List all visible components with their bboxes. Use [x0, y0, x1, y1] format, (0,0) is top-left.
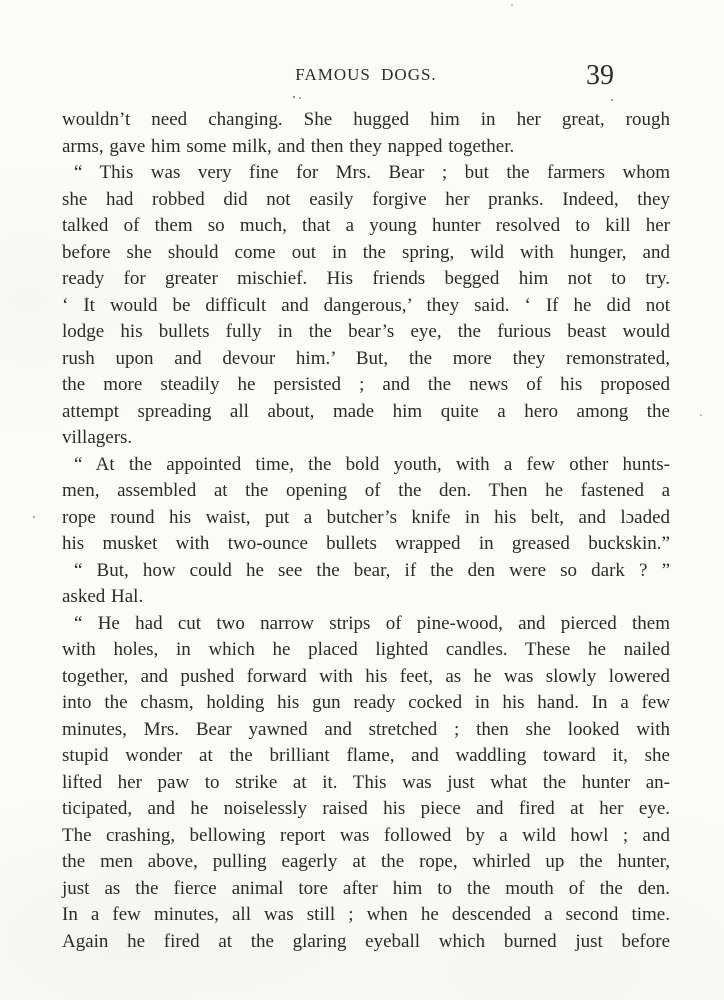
text-line: ticipated, and he noiselessly raised his… — [62, 796, 670, 823]
text-line: arms, gave him some milk, and then they … — [62, 134, 670, 161]
text-line: his musket with two-ounce bullets wrappe… — [62, 531, 670, 558]
text-line: she had robbed did not easily forgive he… — [62, 187, 670, 214]
text-line: attempt spreading all about, made him qu… — [62, 399, 670, 426]
text-block: wouldn’t need changing. She hugged him i… — [62, 107, 670, 955]
text-line: ‘ It would be difficult and dangerous,’ … — [62, 293, 670, 320]
text-line: before she should come out in the spring… — [62, 240, 670, 267]
text-line: villagers. — [62, 425, 670, 452]
text-line: “ He had cut two narrow strips of pine-w… — [62, 611, 670, 638]
text-line: with holes, in which he placed lighted c… — [62, 637, 670, 664]
paragraph: “ This was very fine for Mrs. Bear ; but… — [62, 160, 670, 452]
paper-specks — [0, 0, 2, 2]
text-line: “ But, how could he see the bear, if the… — [62, 558, 670, 585]
paragraph: wouldn’t need changing. She hugged him i… — [62, 107, 670, 160]
text-line: The crashing, bellowing report was follo… — [62, 823, 670, 850]
book-page: FAMOUS DOGS. 39 wouldn’t need changing. … — [0, 0, 724, 1000]
text-line: into the chasm, holding his gun ready co… — [62, 690, 670, 717]
text-line: “ This was very fine for Mrs. Bear ; but… — [62, 160, 670, 187]
page-header: FAMOUS DOGS. 39 — [62, 0, 670, 100]
text-line: rush upon and devour him.’ But, the more… — [62, 346, 670, 373]
text-line: In a few minutes, all was still ; when h… — [62, 902, 670, 929]
text-line: just as the fierce animal tore after him… — [62, 876, 670, 903]
text-line: rope round his waist, put a butcher’s kn… — [62, 505, 670, 532]
text-line: talked of them so much, that a young hun… — [62, 213, 670, 240]
text-line: minutes, Mrs. Bear yawned and stretched … — [62, 717, 670, 744]
text-line: stupid wonder at the brilliant flame, an… — [62, 743, 670, 770]
page-number: 39 — [586, 63, 614, 89]
running-title: FAMOUS DOGS. — [62, 66, 670, 83]
text-line: together, and pushed forward with his fe… — [62, 664, 670, 691]
text-line: asked Hal. — [62, 584, 670, 611]
text-line: lodge his bullets fully in the bear’s ey… — [62, 319, 670, 346]
paragraph: “ But, how could he see the bear, if the… — [62, 558, 670, 611]
paragraph: “ At the appointed time, the bold youth,… — [62, 452, 670, 558]
text-line: men, assembled at the opening of the den… — [62, 478, 670, 505]
text-line: the men above, pulling eagerly at the ro… — [62, 849, 670, 876]
text-line: Again he fired at the glaring eyeball wh… — [62, 929, 670, 956]
text-line: the more steadily he persisted ; and the… — [62, 372, 670, 399]
text-line: ready for greater mischief. His friends … — [62, 266, 670, 293]
text-line: lifted her paw to strike at it. This was… — [62, 770, 670, 797]
paragraph: “ He had cut two narrow strips of pine-w… — [62, 611, 670, 956]
text-line: “ At the appointed time, the bold youth,… — [62, 452, 670, 479]
text-line: wouldn’t need changing. She hugged him i… — [62, 107, 670, 134]
